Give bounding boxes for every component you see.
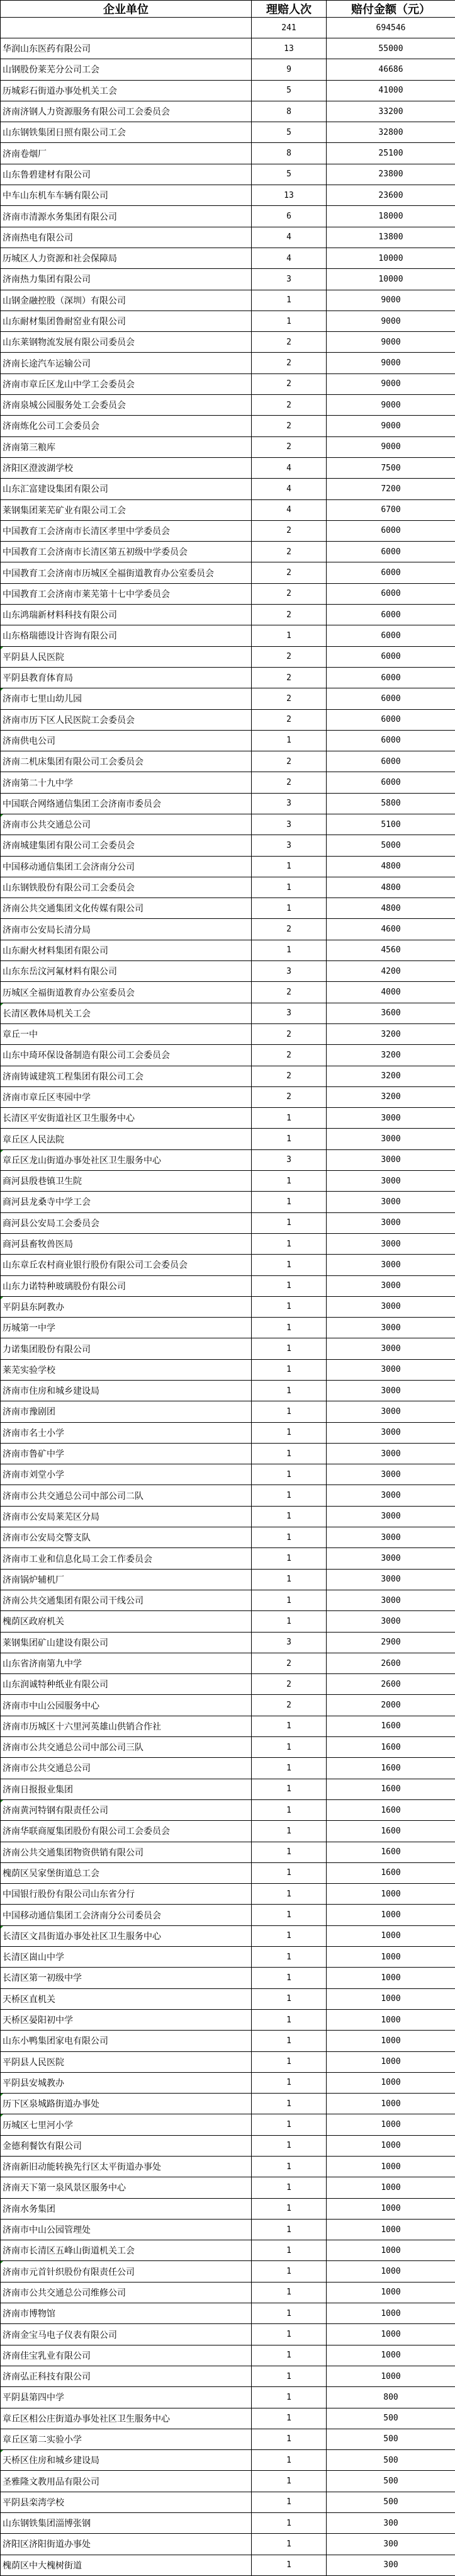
claim-count-cell: 13: [252, 38, 327, 59]
payout-amount-cell: 1600: [327, 1716, 455, 1736]
claim-count-cell: 1: [252, 2219, 327, 2240]
payout-amount-cell: 10000: [327, 269, 455, 290]
claim-count-cell: 1: [252, 1590, 327, 1610]
company-name-cell: 济南市历下区人民医院工会委员会: [1, 709, 252, 730]
payout-amount-cell: 1000: [327, 2303, 455, 2324]
company-name-cell: 中国银行股份有限公司山东省分行: [1, 1884, 252, 1905]
payout-amount-cell: 3000: [327, 1129, 455, 1149]
total-row: 241 694546: [1, 18, 455, 38]
payout-amount-cell: 1000: [327, 2282, 455, 2303]
payout-amount-cell: 1000: [327, 2324, 455, 2345]
claim-count-cell: 1: [252, 311, 327, 331]
company-name-cell: 济南炼化公司工会委员会: [1, 416, 252, 436]
payout-amount-cell: 500: [327, 2408, 455, 2429]
company-name-cell: 历城彩石街道办事处机关工会: [1, 80, 252, 101]
table-row: 济阳区澄波湖学校47500: [1, 457, 455, 478]
table-row: 济南黄河特钢有限责任公司11600: [1, 1799, 455, 1820]
claim-count-cell: 1: [252, 1192, 327, 1212]
table-row: 槐荫区政府机关13000: [1, 1611, 455, 1632]
table-row: 章丘区人民法院13000: [1, 1129, 455, 1149]
claim-count-cell: 1: [252, 1255, 327, 1275]
payout-amount-cell: 6000: [327, 625, 455, 646]
table-row: 济南新旧动能转换先行区太平街道办事处11000: [1, 2156, 455, 2177]
claim-count-cell: 2: [252, 1674, 327, 1695]
payout-amount-cell: 3000: [327, 1149, 455, 1170]
claim-count-cell: 2: [252, 332, 327, 353]
company-name-cell: 山东小鸭集团家电有限公司: [1, 2031, 252, 2051]
payout-amount-cell: 3000: [327, 1318, 455, 1338]
company-name-cell: 中国教育工会济南市莱芜第十七中学委员会: [1, 583, 252, 604]
total-amount: 694546: [327, 18, 455, 38]
claim-count-cell: 3: [252, 1632, 327, 1653]
claim-count-cell: 1: [252, 1129, 327, 1149]
company-name-cell: 济南市刘堂小学: [1, 1464, 252, 1485]
table-row: 历城彩石街道办事处机关工会541000: [1, 80, 455, 101]
company-name-cell: 山东润诚特种纸业有限公司: [1, 1674, 252, 1695]
table-row: 济南锅炉辅机厂13000: [1, 1569, 455, 1590]
claim-count-cell: 2: [252, 373, 327, 394]
payout-amount-cell: 1000: [327, 2240, 455, 2261]
payout-amount-cell: 1000: [327, 2345, 455, 2366]
table-row: 济南市博物馆11000: [1, 2303, 455, 2324]
company-name-cell: 济南新旧动能转换先行区太平街道办事处: [1, 2156, 252, 2177]
company-name-cell: 山东东岳汶河氟材料有限公司: [1, 961, 252, 982]
claim-count-cell: 1: [252, 2303, 327, 2324]
payout-amount-cell: 3000: [327, 1192, 455, 1212]
table-row: 山东莱钢物流发展有限公司委员会29000: [1, 332, 455, 353]
claim-count-cell: 1: [252, 1108, 327, 1129]
payout-amount-cell: 1600: [327, 1758, 455, 1779]
company-name-cell: 平阴县教育体育局: [1, 667, 252, 688]
claim-count-cell: 1: [252, 1884, 327, 1905]
table-row: 章丘一中23200: [1, 1023, 455, 1044]
payout-amount-cell: 2600: [327, 1653, 455, 1673]
table-row: 山东小鸭集团家电有限公司11000: [1, 2031, 455, 2051]
table-row: 长清区第一初级中学11000: [1, 1968, 455, 1988]
header-company: 企业单位: [1, 1, 252, 18]
table-row: 长清区文昌街道办事处社区卫生服务中心11000: [1, 1925, 455, 1946]
table-row: 长清区崮山中学11000: [1, 1947, 455, 1968]
company-name-cell: 济阳区澄波湖学校: [1, 457, 252, 478]
payout-amount-cell: 500: [327, 2492, 455, 2512]
claim-count-cell: 1: [252, 1359, 327, 1380]
table-row: 天桥区晏阳初中学11000: [1, 2009, 455, 2030]
company-name-cell: 济南热力集团有限公司: [1, 269, 252, 290]
company-name-cell: 济南市公共交通总公司: [1, 814, 252, 835]
header-row: 企业单位 理赔人次 赔付金额（元）: [1, 1, 455, 18]
payout-amount-cell: 6000: [327, 751, 455, 772]
payout-amount-cell: 300: [327, 2555, 455, 2575]
claim-count-cell: 2: [252, 646, 327, 667]
company-name-cell: 天桥区直机关: [1, 1988, 252, 2009]
payout-amount-cell: 1000: [327, 1905, 455, 1925]
table-row: 商河县龙桑寺中学工会13000: [1, 1192, 455, 1212]
table-row: 济南市名士小学13000: [1, 1422, 455, 1443]
payout-amount-cell: 3000: [327, 1401, 455, 1422]
table-row: 济南市豫剧团13000: [1, 1401, 455, 1422]
payout-amount-cell: 3200: [327, 1066, 455, 1086]
payout-amount-cell: 46686: [327, 59, 455, 80]
company-name-cell: 山东鲁碧建材有限公司: [1, 164, 252, 185]
table-row: 济南长途汽车运输公司29000: [1, 353, 455, 373]
claim-count-cell: 6: [252, 206, 327, 227]
payout-amount-cell: 3000: [327, 1338, 455, 1359]
payout-amount-cell: 1000: [327, 1988, 455, 2009]
claim-count-cell: 3: [252, 1149, 327, 1170]
company-name-cell: 济南华联商厦集团股份有限公司工会委员会: [1, 1821, 252, 1842]
payout-amount-cell: 1600: [327, 1862, 455, 1883]
payout-amount-cell: 3000: [327, 1506, 455, 1527]
payout-amount-cell: 3000: [327, 1485, 455, 1506]
claim-count-cell: 1: [252, 2031, 327, 2051]
payout-amount-cell: 6000: [327, 605, 455, 625]
claim-count-cell: 2: [252, 583, 327, 604]
table-row: 中国移动通信集团工会济南分公司委员会11000: [1, 1905, 455, 1925]
table-row: 济南市七里山幼儿园26000: [1, 688, 455, 709]
table-row: 济南市工业和信息化局工会工作委员会13000: [1, 1548, 455, 1569]
claim-count-cell: 1: [252, 2135, 327, 2156]
claim-count-cell: 2: [252, 416, 327, 436]
table-row: 济南市住房和城乡建设局13000: [1, 1381, 455, 1401]
claim-count-cell: 1: [252, 1821, 327, 1842]
company-name-cell: 济南铸诚建筑工程集团有限公司工会: [1, 1066, 252, 1086]
payout-amount-cell: 3000: [327, 1275, 455, 1296]
payout-amount-cell: 6000: [327, 646, 455, 667]
company-name-cell: 中国联合网络通信集团工会济南市委员会: [1, 793, 252, 814]
claim-count-cell: 1: [252, 2240, 327, 2261]
payout-amount-cell: 10000: [327, 248, 455, 268]
company-name-cell: 章丘区第二实验小学: [1, 2429, 252, 2449]
claim-count-cell: 3: [252, 1003, 327, 1023]
claim-count-cell: 5: [252, 80, 327, 101]
table-row: 济南市历下区人民医院工会委员会26000: [1, 709, 455, 730]
payout-amount-cell: 3000: [327, 1255, 455, 1275]
company-name-cell: 中国移动通信集团工会济南分公司委员会: [1, 1905, 252, 1925]
payout-amount-cell: 1000: [327, 2031, 455, 2051]
table-row: 山东钢铁股份有限公司工会委员会14800: [1, 877, 455, 898]
company-name-cell: 平阴县人民医院: [1, 646, 252, 667]
table-row: 中国联合网络通信集团工会济南市委员会35800: [1, 793, 455, 814]
table-row: 圣雅隆文教用品有限公司1500: [1, 2471, 455, 2492]
company-name-cell: 济南市中山公园服务中心: [1, 1695, 252, 1716]
payout-amount-cell: 55000: [327, 38, 455, 59]
claim-count-cell: 1: [252, 1275, 327, 1296]
table-row: 平阴县安城教办11000: [1, 2072, 455, 2093]
claim-count-cell: 2: [252, 436, 327, 457]
payout-amount-cell: 4800: [327, 877, 455, 898]
table-row: 济南热力集团有限公司310000: [1, 269, 455, 290]
payout-amount-cell: 300: [327, 2534, 455, 2555]
payout-amount-cell: 1000: [327, 2261, 455, 2282]
payout-amount-cell: 6000: [327, 583, 455, 604]
claim-count-cell: 2: [252, 542, 327, 562]
table-row: 济南市公安局长清分局24600: [1, 919, 455, 940]
company-name-cell: 山东省济南第九中学: [1, 1653, 252, 1673]
company-name-cell: 长清区崮山中学: [1, 1947, 252, 1968]
claim-count-cell: 1: [252, 1171, 327, 1192]
company-name-cell: 金德利餐饮有限公司: [1, 2135, 252, 2156]
table-row: 山东钢铁集团淄博张钢1300: [1, 2513, 455, 2534]
payout-amount-cell: 4800: [327, 856, 455, 877]
claim-count-cell: 3: [252, 814, 327, 835]
table-row: 力诺集团股份有限公司13000: [1, 1338, 455, 1359]
table-row: 平阴县人民医院26000: [1, 646, 455, 667]
payout-amount-cell: 1000: [327, 1968, 455, 1988]
company-name-cell: 济南市历城区十六里河英雄山供销合作社: [1, 1716, 252, 1736]
company-name-cell: 中国移动通信集团工会济南分公司: [1, 856, 252, 877]
claim-count-cell: 1: [252, 1233, 327, 1254]
table-row: 平阴县东阿教办13000: [1, 1296, 455, 1317]
payout-amount-cell: 1000: [327, 2177, 455, 2198]
claim-count-cell: 1: [252, 625, 327, 646]
claim-count-cell: 2: [252, 520, 327, 541]
company-name-cell: 中国教育工会济南市长清区孝里中学委员会: [1, 520, 252, 541]
claim-count-cell: 2: [252, 919, 327, 940]
table-row: 济南市章丘区龙山中学工会委员会29000: [1, 373, 455, 394]
claim-count-cell: 4: [252, 479, 327, 499]
company-name-cell: 济南市清源水务集团有限公司: [1, 206, 252, 227]
company-name-cell: 平阴县栾湾学校: [1, 2492, 252, 2512]
company-name-cell: 济南市中山公园管理处: [1, 2219, 252, 2240]
claim-count-cell: 13: [252, 185, 327, 206]
claim-count-cell: 1: [252, 1799, 327, 1820]
payout-amount-cell: 3200: [327, 1045, 455, 1066]
claim-count-cell: 1: [252, 1485, 327, 1506]
company-name-cell: 槐荫区政府机关: [1, 1611, 252, 1632]
payout-amount-cell: 1600: [327, 1842, 455, 1862]
claim-count-cell: 2: [252, 688, 327, 709]
table-row: 平阴县第四中学1800: [1, 2387, 455, 2408]
table-row: 济南第二十九中学26000: [1, 772, 455, 793]
claim-count-cell: 2: [252, 605, 327, 625]
claim-count-cell: 1: [252, 730, 327, 751]
payout-amount-cell: 3000: [327, 1464, 455, 1485]
table-row: 历城第一中学13000: [1, 1318, 455, 1338]
payout-amount-cell: 4200: [327, 961, 455, 982]
payout-amount-cell: 2600: [327, 1674, 455, 1695]
table-row: 济南热电有限公司413800: [1, 227, 455, 248]
company-name-cell: 济南天下第一泉风景区服务中心: [1, 2177, 252, 2198]
payout-amount-cell: 9000: [327, 395, 455, 416]
table-row: 中国教育工会济南市历城区全福街道教育办公室委员会26000: [1, 562, 455, 583]
company-name-cell: 平阴县东阿教办: [1, 1296, 252, 1317]
claim-count-cell: 2: [252, 982, 327, 1003]
table-row: 济南第三粮库29000: [1, 436, 455, 457]
company-name-cell: 章丘区相公庄街道办事处社区卫生服务中心: [1, 2408, 252, 2429]
claim-count-cell: 1: [252, 1422, 327, 1443]
payout-amount-cell: 6700: [327, 499, 455, 520]
claim-count-cell: 2: [252, 667, 327, 688]
table-row: 章丘区龙山街道办事处社区卫生服务中心33000: [1, 1149, 455, 1170]
company-name-cell: 济南市工业和信息化局工会工作委员会: [1, 1548, 252, 1569]
company-name-cell: 平阴县安城教办: [1, 2072, 252, 2093]
payout-amount-cell: 1600: [327, 1799, 455, 1820]
header-claim-count: 理赔人次: [252, 1, 327, 18]
table-row: 章丘区第二实验小学1500: [1, 2429, 455, 2449]
company-name-cell: 济南佳宝乳业有限公司: [1, 2345, 252, 2366]
table-row: 华润山东医药有限公司1355000: [1, 38, 455, 59]
table-row: 中车山东机车车辆有限公司1323600: [1, 185, 455, 206]
claim-count-cell: 3: [252, 835, 327, 856]
company-name-cell: 历下区泉城路街道办事处: [1, 2094, 252, 2114]
company-name-cell: 济南公共交通集团物资供销有限公司: [1, 1842, 252, 1862]
claim-count-cell: 1: [252, 2051, 327, 2072]
table-row: 济阳区济阳街道办事处1300: [1, 2534, 455, 2555]
payout-amount-cell: 9000: [327, 290, 455, 311]
company-name-cell: 济南长途汽车运输公司: [1, 353, 252, 373]
payout-amount-cell: 3000: [327, 1381, 455, 1401]
payout-amount-cell: 7200: [327, 479, 455, 499]
company-name-cell: 长清区第一初级中学: [1, 1968, 252, 1988]
table-row: 商河县畜牧兽医局13000: [1, 1233, 455, 1254]
claim-count-cell: 1: [252, 2408, 327, 2429]
header-payout-amount: 赔付金额（元）: [327, 1, 455, 18]
company-name-cell: 中国教育工会济南市长清区第五初级中学委员会: [1, 542, 252, 562]
company-name-cell: 槐荫区中大槐树街道: [1, 2555, 252, 2575]
claim-count-cell: 2: [252, 1086, 327, 1107]
payout-amount-cell: 9000: [327, 373, 455, 394]
table-row: 济南供电公司16000: [1, 730, 455, 751]
table-row: 济南佳宝乳业有限公司11000: [1, 2345, 455, 2366]
payout-amount-cell: 1000: [327, 2072, 455, 2093]
payout-amount-cell: 3000: [327, 1212, 455, 1233]
payout-amount-cell: 1000: [327, 1925, 455, 1946]
company-name-cell: 济南市元首针织股份有限责任公司: [1, 2261, 252, 2282]
table-row: 济南市长清区五峰山街道机关工会11000: [1, 2240, 455, 2261]
company-name-cell: 济南市公安局长清分局: [1, 919, 252, 940]
claim-count-cell: 1: [252, 1443, 327, 1464]
claim-count-cell: 1: [252, 2534, 327, 2555]
payout-amount-cell: 1600: [327, 1779, 455, 1799]
table-row: 济南市公共交通总公司中部公司三队11600: [1, 1737, 455, 1758]
claim-count-cell: 1: [252, 1947, 327, 1968]
payout-amount-cell: 23800: [327, 164, 455, 185]
payout-amount-cell: 9000: [327, 416, 455, 436]
company-name-cell: 济南泉城公园服务处工会委员会: [1, 395, 252, 416]
company-name-cell: 历城区七里河小学: [1, 2114, 252, 2135]
company-name-cell: 华润山东医药有限公司: [1, 38, 252, 59]
company-name-cell: 济南公共交通集团文化传媒有限公司: [1, 898, 252, 919]
company-name-cell: 济阳区济阳街道办事处: [1, 2534, 252, 2555]
table-row: 莱芜实验学校13000: [1, 1359, 455, 1380]
table-row: 济南华联商厦集团股份有限公司工会委员会11600: [1, 1821, 455, 1842]
claim-count-cell: 2: [252, 1045, 327, 1066]
payout-amount-cell: 3000: [327, 1443, 455, 1464]
table-row: 济南金宝马电子仪表有限公司11000: [1, 2324, 455, 2345]
company-name-cell: 济南市豫剧团: [1, 1401, 252, 1422]
table-row: 章丘区相公庄街道办事处社区卫生服务中心1500: [1, 2408, 455, 2429]
table-row: 历城区人力资源和社会保障局410000: [1, 248, 455, 268]
company-name-cell: 天桥区晏阳初中学: [1, 2009, 252, 2030]
claim-count-cell: 1: [252, 1716, 327, 1736]
table-row: 济南市章丘区枣园中学23200: [1, 1086, 455, 1107]
payout-amount-cell: 5800: [327, 793, 455, 814]
claim-count-cell: 1: [252, 2471, 327, 2492]
company-name-cell: 章丘区龙山街道办事处社区卫生服务中心: [1, 1149, 252, 1170]
claim-count-cell: 1: [252, 1401, 327, 1422]
company-name-cell: 济南公共交通集团有限公司干线公司: [1, 1590, 252, 1610]
payout-amount-cell: 500: [327, 2450, 455, 2471]
table-row: 济南城建集团有限公司工会委员会35000: [1, 835, 455, 856]
table-row: 济南市鲁矿中学13000: [1, 1443, 455, 1464]
claim-count-cell: 2: [252, 709, 327, 730]
company-name-cell: 长清区文昌街道办事处社区卫生服务中心: [1, 1925, 252, 1946]
payout-amount-cell: 3000: [327, 1422, 455, 1443]
claim-count-cell: 1: [252, 1506, 327, 1527]
claim-count-cell: 3: [252, 793, 327, 814]
table-row: 济南市公共交通总公司中部公司二队13000: [1, 1485, 455, 1506]
company-name-cell: 山东汇富建设集团有限公司: [1, 479, 252, 499]
table-row: 长清区教体局机关工会33600: [1, 1003, 455, 1023]
claim-count-cell: 1: [252, 1464, 327, 1485]
payout-amount-cell: 4560: [327, 940, 455, 960]
payout-amount-cell: 1000: [327, 2009, 455, 2030]
table-row: 天桥区直机关11000: [1, 1988, 455, 2009]
table-row: 山东鸿瑞新材料科技有限公司26000: [1, 605, 455, 625]
table-row: 济南济钢人力资源服务有限公司工会委员会833200: [1, 101, 455, 122]
payout-amount-cell: 4000: [327, 982, 455, 1003]
table-row: 济南公共交通集团物资供销有限公司11600: [1, 1842, 455, 1862]
claim-count-cell: 1: [252, 2282, 327, 2303]
payout-amount-cell: 1000: [327, 2051, 455, 2072]
company-name-cell: 山东耐材集团鲁耐窑业有限公司: [1, 311, 252, 331]
claim-count-cell: 1: [252, 940, 327, 960]
table-row: 历下区泉城路街道办事处11000: [1, 2094, 455, 2114]
table-row: 历城区七里河小学11000: [1, 2114, 455, 2135]
claim-count-cell: 1: [252, 1611, 327, 1632]
table-row: 商河县殷巷镇卫生院13000: [1, 1171, 455, 1192]
claim-count-cell: 1: [252, 1779, 327, 1799]
claim-count-cell: 1: [252, 2156, 327, 2177]
table-row: 山东省济南第九中学22600: [1, 1653, 455, 1673]
payout-amount-cell: 32800: [327, 122, 455, 143]
table-row: 济南市公安局交警支队13000: [1, 1527, 455, 1548]
claim-count-cell: 1: [252, 2513, 327, 2534]
company-name-cell: 济南金宝马电子仪表有限公司: [1, 2324, 252, 2345]
table-row: 中国银行股份有限公司山东省分行11000: [1, 1884, 455, 1905]
payout-amount-cell: 3000: [327, 1548, 455, 1569]
claim-count-cell: 2: [252, 395, 327, 416]
claim-count-cell: 1: [252, 2072, 327, 2093]
company-name-cell: 莱钢集团莱芜矿业有限公司工会: [1, 499, 252, 520]
payout-amount-cell: 6000: [327, 562, 455, 583]
payout-amount-cell: 1600: [327, 1821, 455, 1842]
claim-count-cell: 1: [252, 2114, 327, 2135]
payout-amount-cell: 9000: [327, 436, 455, 457]
table-row: 金德利餐饮有限公司11000: [1, 2135, 455, 2156]
claim-count-cell: 5: [252, 122, 327, 143]
table-row: 山东章丘农村商业银行股份有限公司工会委员会13000: [1, 1255, 455, 1275]
table-row: 山东东岳汶河氟材料有限公司34200: [1, 961, 455, 982]
company-name-cell: 济南济钢人力资源服务有限公司工会委员会: [1, 101, 252, 122]
company-name-cell: 长清区平安街道社区卫生服务中心: [1, 1108, 252, 1129]
company-name-cell: 济南市长清区五峰山街道机关工会: [1, 2240, 252, 2261]
claim-count-cell: 1: [252, 1527, 327, 1548]
table-row: 济南二机床集团有限公司工会委员会26000: [1, 751, 455, 772]
company-name-cell: 济南市住房和城乡建设局: [1, 1381, 252, 1401]
payout-amount-cell: 1000: [327, 1947, 455, 1968]
table-row: 山东钢铁集团日照有限公司工会532800: [1, 122, 455, 143]
table-row: 济南水务集团11000: [1, 2198, 455, 2219]
company-name-cell: 山东钢铁股份有限公司工会委员会: [1, 877, 252, 898]
table-row: 济南公共交通集团有限公司干线公司13000: [1, 1590, 455, 1610]
payout-amount-cell: 33200: [327, 101, 455, 122]
claim-count-cell: 2: [252, 772, 327, 793]
company-name-cell: 莱钢集团矿山建设有限公司: [1, 1632, 252, 1653]
payout-amount-cell: 25100: [327, 143, 455, 164]
table-row: 济南公共交通集团文化传媒有限公司14800: [1, 898, 455, 919]
table-row: 济南市中山公园服务中心22000: [1, 1695, 455, 1716]
